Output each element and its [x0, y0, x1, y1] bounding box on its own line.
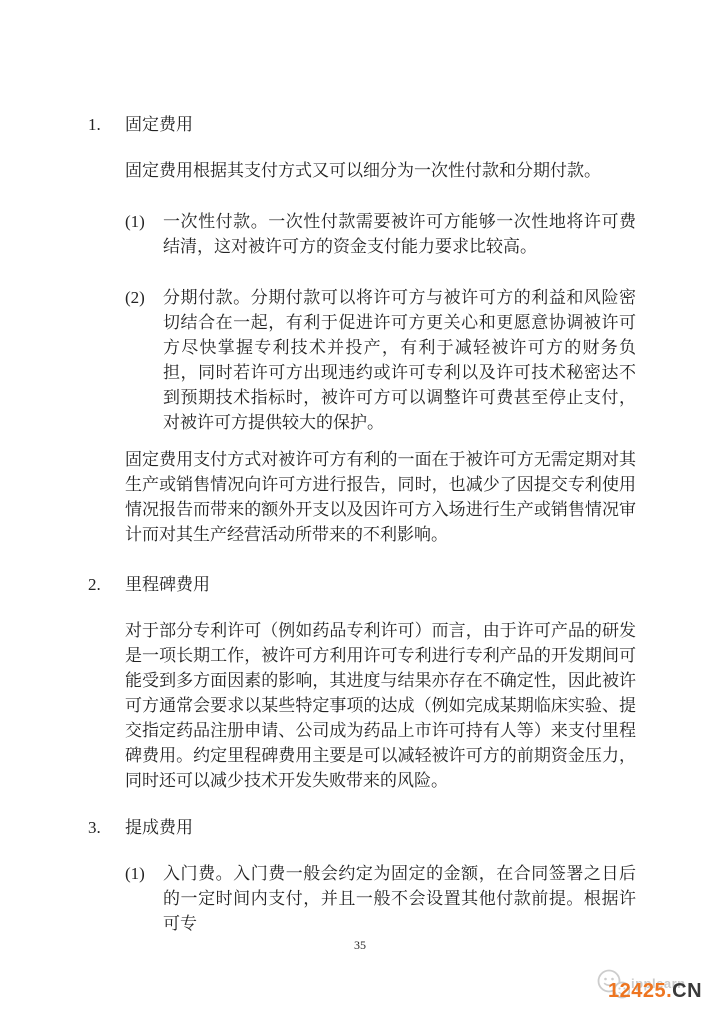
- section-3-heading: 3. 提成费用: [88, 815, 636, 840]
- list-item: (1) 一次性付款。一次性付款需要被许可方能够一次性地将许可费结清，这对被许可方…: [125, 209, 636, 259]
- section-title: 固定费用: [125, 112, 193, 137]
- list-item: (1) 入门费。入门费一般会约定为固定的金额，在合同签署之日后的一定时间内支付，…: [125, 861, 636, 936]
- paragraph: 固定费用根据其支付方式又可以细分为一次性付款和分期付款。: [125, 158, 636, 183]
- watermark-site-text: 12425.CN: [608, 980, 702, 1003]
- paragraph: 固定费用支付方式对被许可方有利的一面在于被许可方无需定期对其生产或销售情况向许可…: [125, 447, 636, 547]
- section-title: 里程碑费用: [125, 572, 210, 597]
- watermark: ipplearn 12425.CN: [596, 966, 714, 1006]
- list-item-number: (1): [125, 861, 163, 936]
- paragraph: 对于部分专利许可（例如药品专利许可）而言，由于许可产品的研发是一项长期工作，被许…: [125, 618, 636, 793]
- list-item-text: 分期付款。分期付款可以将许可方与被许可方的利益和风险密切结合在一起，有利于促进许…: [163, 285, 636, 435]
- section-title: 提成费用: [125, 815, 193, 840]
- list-item-text: 一次性付款。一次性付款需要被许可方能够一次性地将许可费结清，这对被许可方的资金支…: [163, 209, 636, 259]
- list-item: (2) 分期付款。分期付款可以将许可方与被许可方的利益和风险密切结合在一起，有利…: [125, 285, 636, 435]
- watermark-site-number: 12425.: [608, 980, 672, 1002]
- watermark-site-tld: CN: [672, 980, 702, 1002]
- document-page: 1. 固定费用 固定费用根据其支付方式又可以细分为一次性付款和分期付款。 (1)…: [0, 0, 720, 1018]
- page-number: 35: [0, 938, 720, 952]
- list-item-text: 入门费。入门费一般会约定为固定的金额，在合同签署之日后的一定时间内支付，并且一般…: [163, 861, 636, 936]
- section-number: 1.: [88, 112, 125, 137]
- section-number: 3.: [88, 815, 125, 840]
- section-1-heading: 1. 固定费用: [88, 112, 636, 137]
- list-item-number: (1): [125, 209, 163, 259]
- document-body: 1. 固定费用 固定费用根据其支付方式又可以细分为一次性付款和分期付款。 (1)…: [88, 112, 636, 936]
- list-item-number: (2): [125, 285, 163, 435]
- section-number: 2.: [88, 572, 125, 597]
- section-2-heading: 2. 里程碑费用: [88, 572, 636, 597]
